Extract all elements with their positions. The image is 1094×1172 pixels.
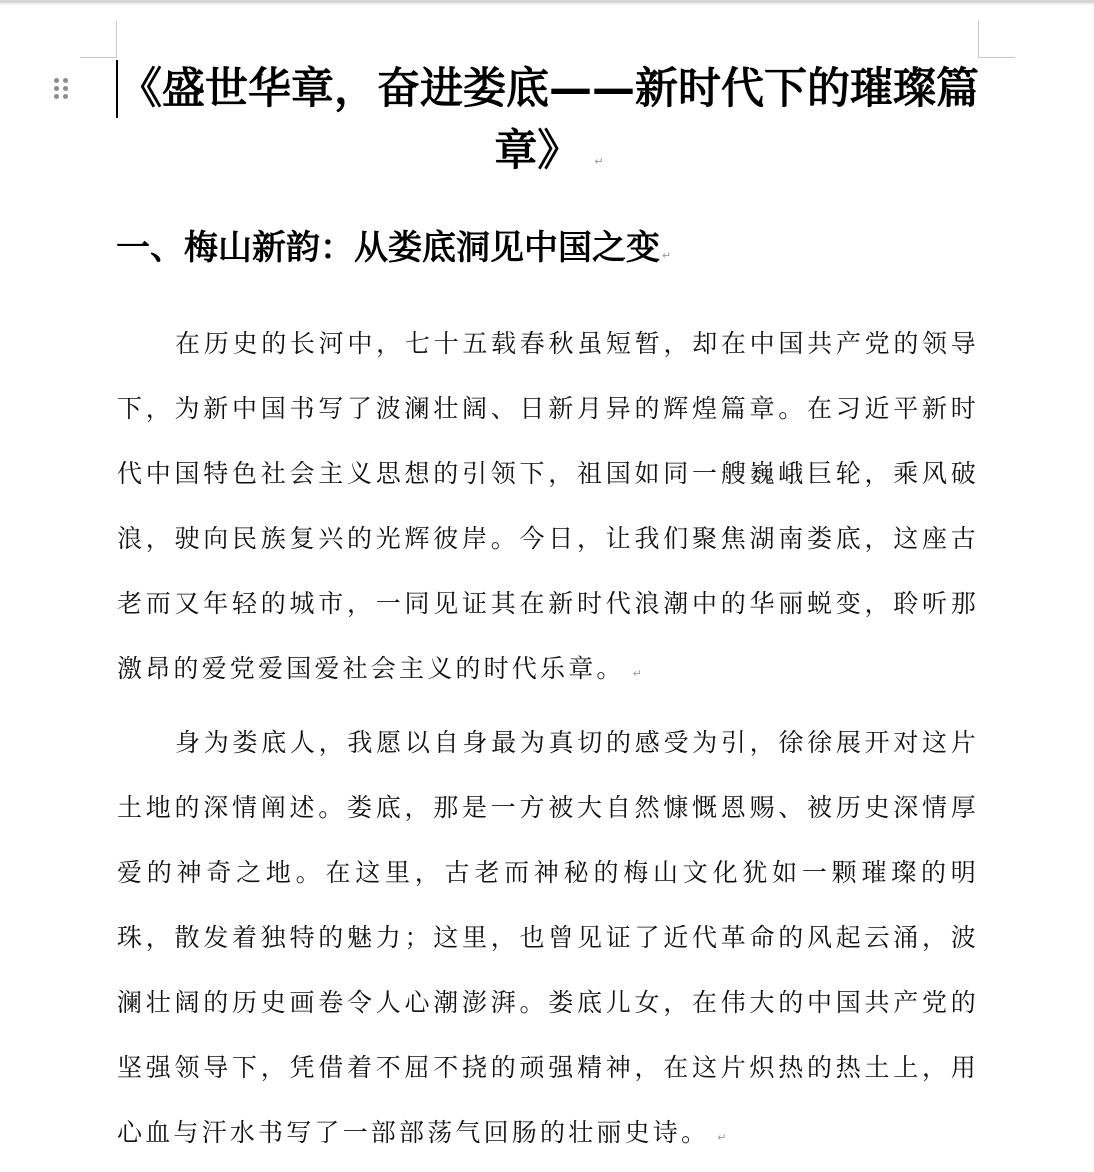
paragraph-mark-icon: ↵ <box>662 249 671 262</box>
section-heading[interactable]: 一、梅山新韵：从娄底洞见中国之变↵ <box>116 222 671 282</box>
body-paragraph[interactable]: 在历史的长河中，七十五载春秋虽短暂，却在中国共产党的领导下，为新中国书写了波澜壮… <box>117 311 979 706</box>
drag-dot <box>54 94 59 99</box>
window-top-shadow <box>0 3 1094 6</box>
page-margin-corner-top-left <box>80 21 117 58</box>
paragraph-mark-icon: ↵ <box>594 155 603 168</box>
paragraph-mark-icon: ↵ <box>717 1131 726 1144</box>
document-title[interactable]: 《盛世华章，奋进娄底——新时代下的璀璨篇章》↵ <box>118 58 980 193</box>
page-margin-corner-top-right <box>978 21 1015 58</box>
document-title-text: 《盛世华章，奋进娄底——新时代下的璀璨篇章》 <box>119 64 979 176</box>
drag-dot <box>63 94 68 99</box>
body-paragraph-text: 在历史的长河中，七十五载春秋虽短暂，却在中国共产党的领导下，为新中国书写了波澜壮… <box>117 329 979 683</box>
drag-dot <box>54 86 59 91</box>
paragraph-mark-icon: ↵ <box>633 667 642 680</box>
drag-dot <box>63 78 68 83</box>
body-paragraph-text: 身为娄底人，我愿以自身最为真切的感受为引，徐徐展开对这片土地的深情阐述。娄底，那… <box>117 728 979 1147</box>
drag-dot <box>54 78 59 83</box>
section-heading-text: 一、梅山新韵：从娄底洞见中国之变 <box>116 228 660 268</box>
block-drag-handle-icon[interactable] <box>54 78 68 100</box>
drag-dot <box>63 86 68 91</box>
body-paragraph[interactable]: 身为娄底人，我愿以自身最为真切的感受为引，徐徐展开对这片土地的深情阐述。娄底，那… <box>117 710 979 1170</box>
